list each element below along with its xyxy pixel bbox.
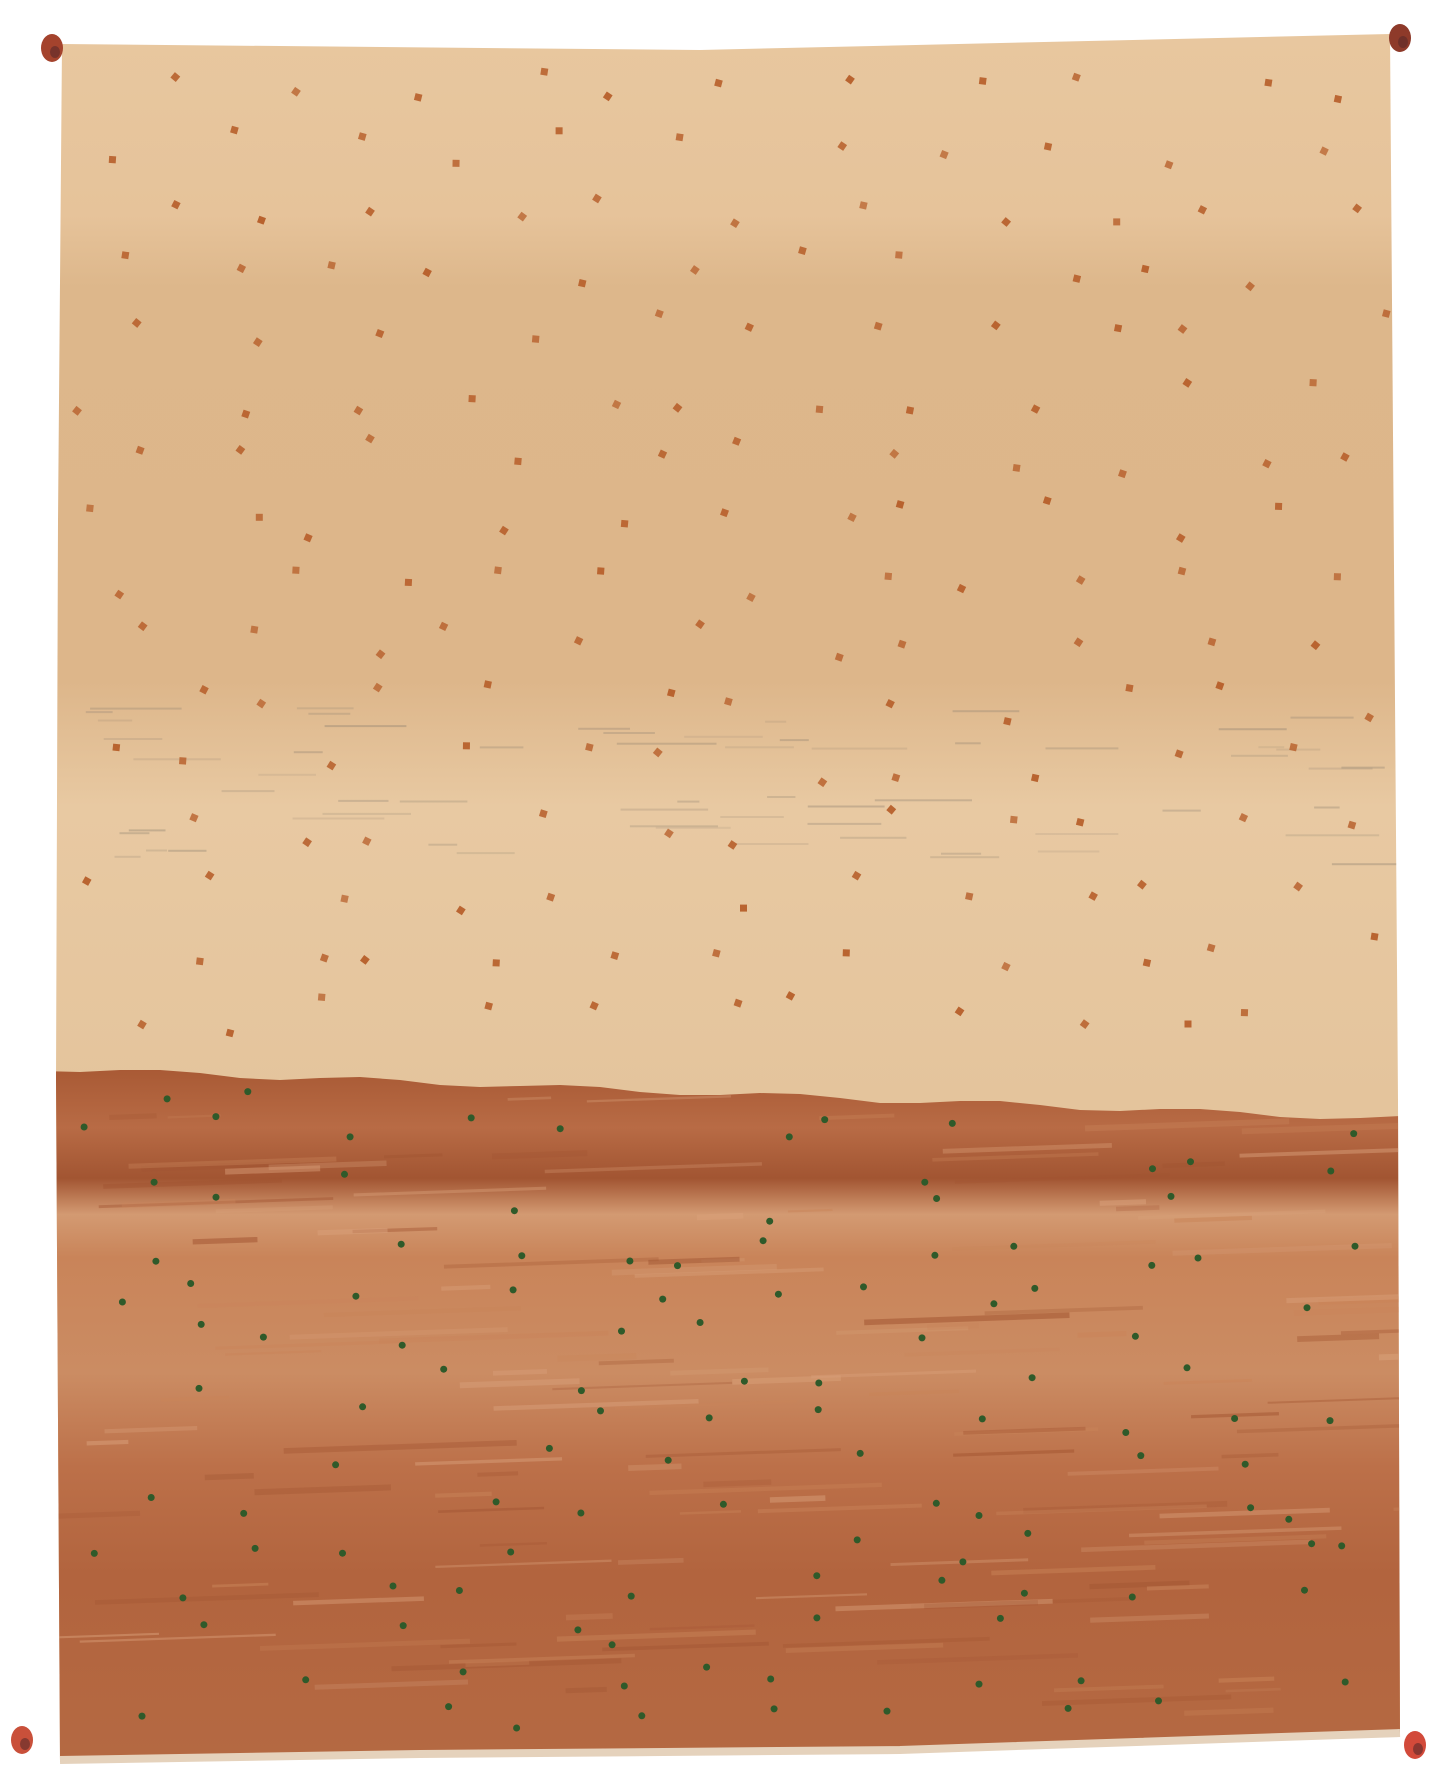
tassel-bottom-left: [11, 1726, 33, 1754]
tassel-top-right: [1389, 24, 1411, 52]
texture-streak: [1393, 1503, 1445, 1511]
tassel-bottom-right: [1404, 1731, 1426, 1759]
rug-photo: [0, 0, 1445, 1792]
rug-illustration: [0, 0, 1445, 1792]
tassel-top-left: [41, 34, 63, 62]
rug-body: [0, 0, 1445, 1792]
